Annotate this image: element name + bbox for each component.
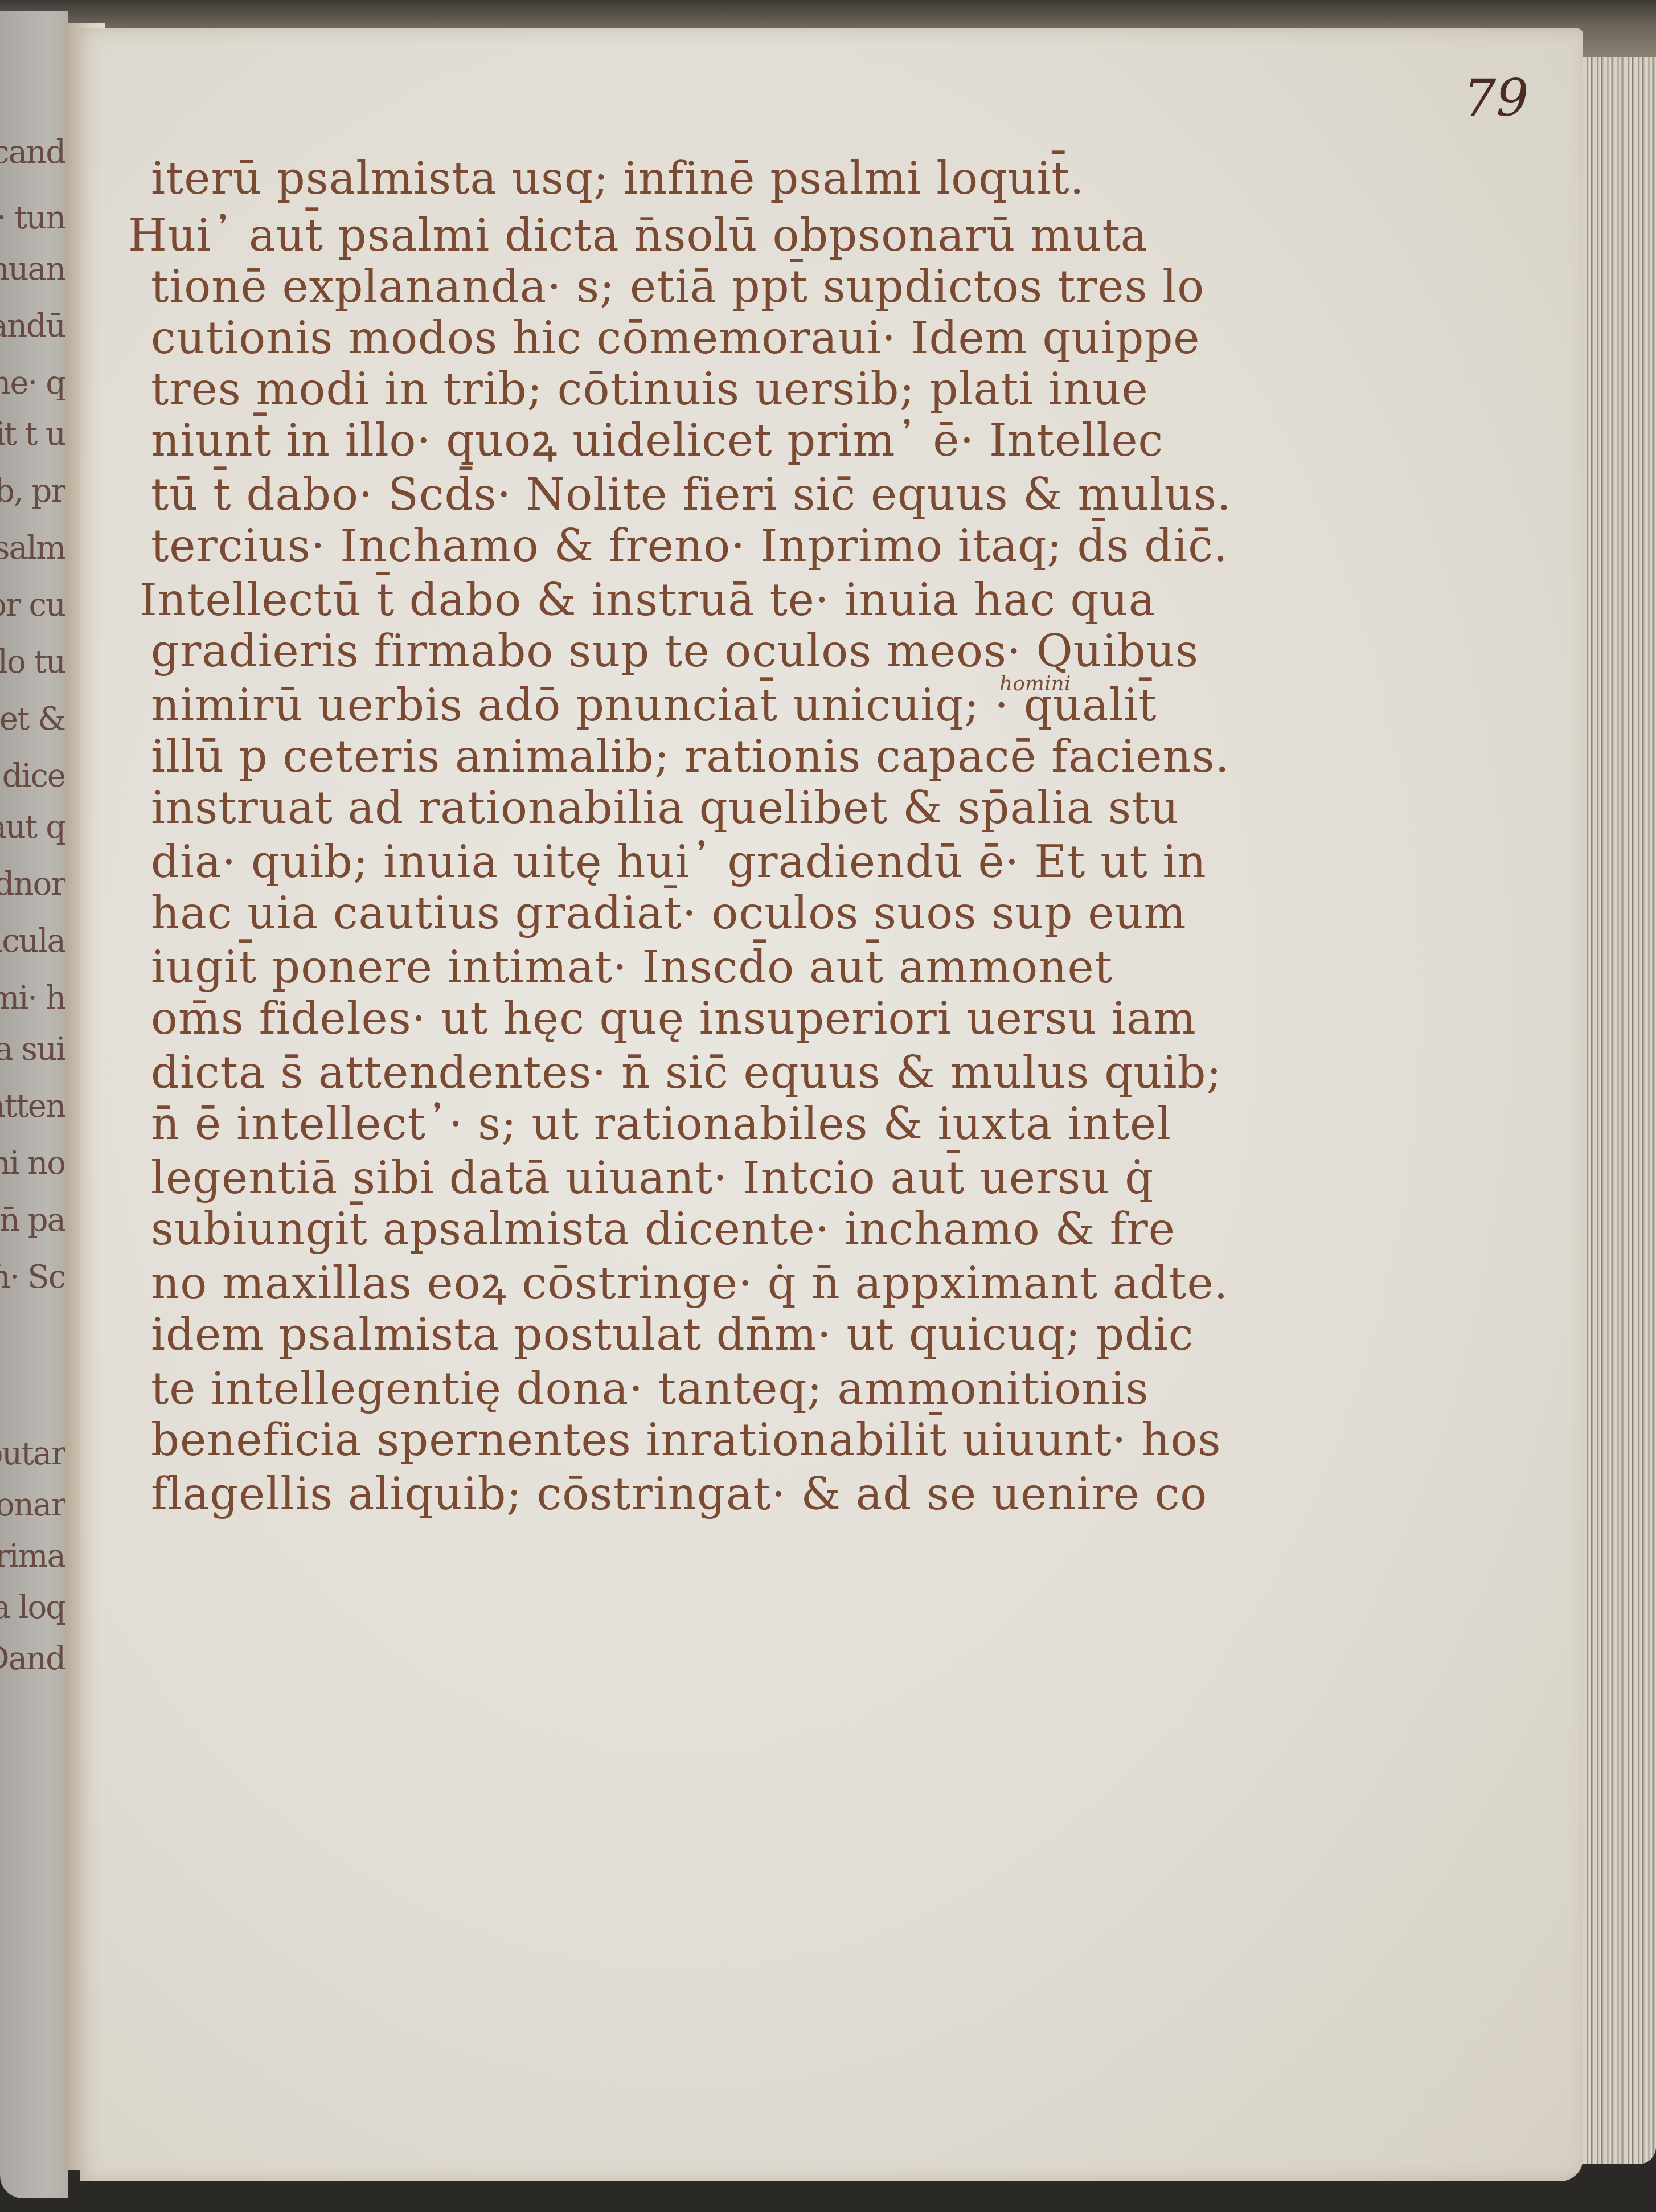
- facing-line: nib, pr: [0, 473, 65, 510]
- text-line: flagellis aliquib; cōstringat· & ad se u…: [151, 1472, 1207, 1517]
- text-line: no maxillas eoꝝ cōstringe· q̇ n̄ appxima…: [151, 1261, 1228, 1306]
- facing-line: t̄· Dand: [0, 1640, 65, 1677]
- text-line: tres modi in trib; cōtinuis uersib; plat…: [151, 367, 1149, 412]
- text-line: Intellectū t̄ dabo & instruā te· inuia h…: [140, 578, 1155, 622]
- facing-line: dnor: [0, 866, 65, 903]
- facing-line: one· q: [0, 364, 65, 402]
- text-line: Hui᾽ aut̄ psalmi dicta n̄solū obpsonarū …: [128, 214, 1147, 258]
- facing-line: acula: [0, 923, 65, 960]
- facing-line: nor cu: [0, 587, 65, 624]
- facing-line: itenuan: [0, 251, 65, 288]
- text-line: n̄ ē intellect᾽· s; ut rationabiles & iu…: [151, 1102, 1171, 1146]
- text-line: dicta s̄ attendentes· n̄ sic̄ equus & mu…: [151, 1051, 1222, 1095]
- facing-line: ulo tu: [0, 644, 65, 681]
- facing-line: placand: [0, 134, 65, 171]
- facing-line: cet &: [0, 701, 65, 738]
- facing-line: almi· h: [0, 980, 65, 1017]
- facing-line: sandū: [0, 308, 65, 345]
- text-line: gradieris firmabo sup te oculos meos· Qu…: [151, 629, 1199, 674]
- facing-line: pe psalm: [0, 530, 65, 567]
- text-line: tionē explananda· s; etiā ppt̄ supdictos…: [151, 265, 1204, 309]
- text-line: dia· quib; inuia uitę hui᾽ gradiendū ē· …: [151, 840, 1207, 884]
- text-line: niunt̄ in illo· quoꝝ uidelicet prim᾽ ē· …: [151, 419, 1163, 463]
- facing-line: ē atten: [0, 1088, 65, 1125]
- text-line: beneficia spernentes inrationabilit̄ uiu…: [151, 1418, 1221, 1463]
- text-line: idem psalmista postulat dn̄m· ut quicuq;…: [151, 1313, 1194, 1357]
- folio-number: 79: [1464, 68, 1529, 128]
- text-line: tū t̄ dabo· Scd̄s· Nolite fieri sic̄ equ…: [151, 473, 1232, 517]
- facing-line: dice: [2, 757, 65, 794]
- facing-line: eni no: [0, 1145, 65, 1182]
- facing-line: cem̄· Sc: [0, 1259, 65, 1296]
- text-line: tercius· Inchamo & freno· Inprimo itaq; …: [151, 524, 1228, 568]
- text-line: nimirū uerbis adō pnunciat̄ unicuiq; · q…: [151, 683, 1157, 728]
- text-line: instruat ad rationabilia quelibet & sp̄a…: [151, 786, 1179, 830]
- text-line: cutionis modos hic cōmemoraui· Idem quip…: [151, 316, 1200, 361]
- text-line: subiungit̄ apsalmista dicente· inchamo &…: [151, 1207, 1175, 1252]
- facing-line: ana sui: [0, 1031, 65, 1068]
- facing-line: im᾽· tun: [0, 199, 65, 236]
- facing-line: usta loq: [0, 1589, 65, 1626]
- facing-line: osonar: [0, 1486, 65, 1523]
- text-line: legentiā sibi datā uiuant· Intcio aut̄ u…: [151, 1156, 1154, 1201]
- facing-line: prima: [0, 1538, 65, 1575]
- facing-page-left: placand im᾽· tun itenuan sandū one· q ri…: [0, 11, 68, 2198]
- text-line: om̄s fideles· ut hęc quę insuperiori uer…: [151, 997, 1196, 1041]
- facing-line: rit t u: [0, 416, 65, 453]
- facing-line: sputar: [0, 1435, 65, 1472]
- facing-line: a· n̄ pa: [0, 1202, 65, 1239]
- text-line: te intellegentię dona· tanteq; ammonitio…: [151, 1367, 1149, 1411]
- text-line: hac uia cautius gradiat̄· oculos suos su…: [151, 891, 1187, 936]
- text-line: iterū psalmista usq; infinē psalmi loqui…: [151, 157, 1084, 201]
- text-line: illū p ceteris animalib; rationis capacē…: [151, 735, 1230, 779]
- text-line: iugit̄ ponere intimat· Inscd̄o aut̄ ammo…: [151, 945, 1113, 990]
- facing-line: aut q: [0, 809, 65, 846]
- page-edges: [1583, 57, 1656, 2164]
